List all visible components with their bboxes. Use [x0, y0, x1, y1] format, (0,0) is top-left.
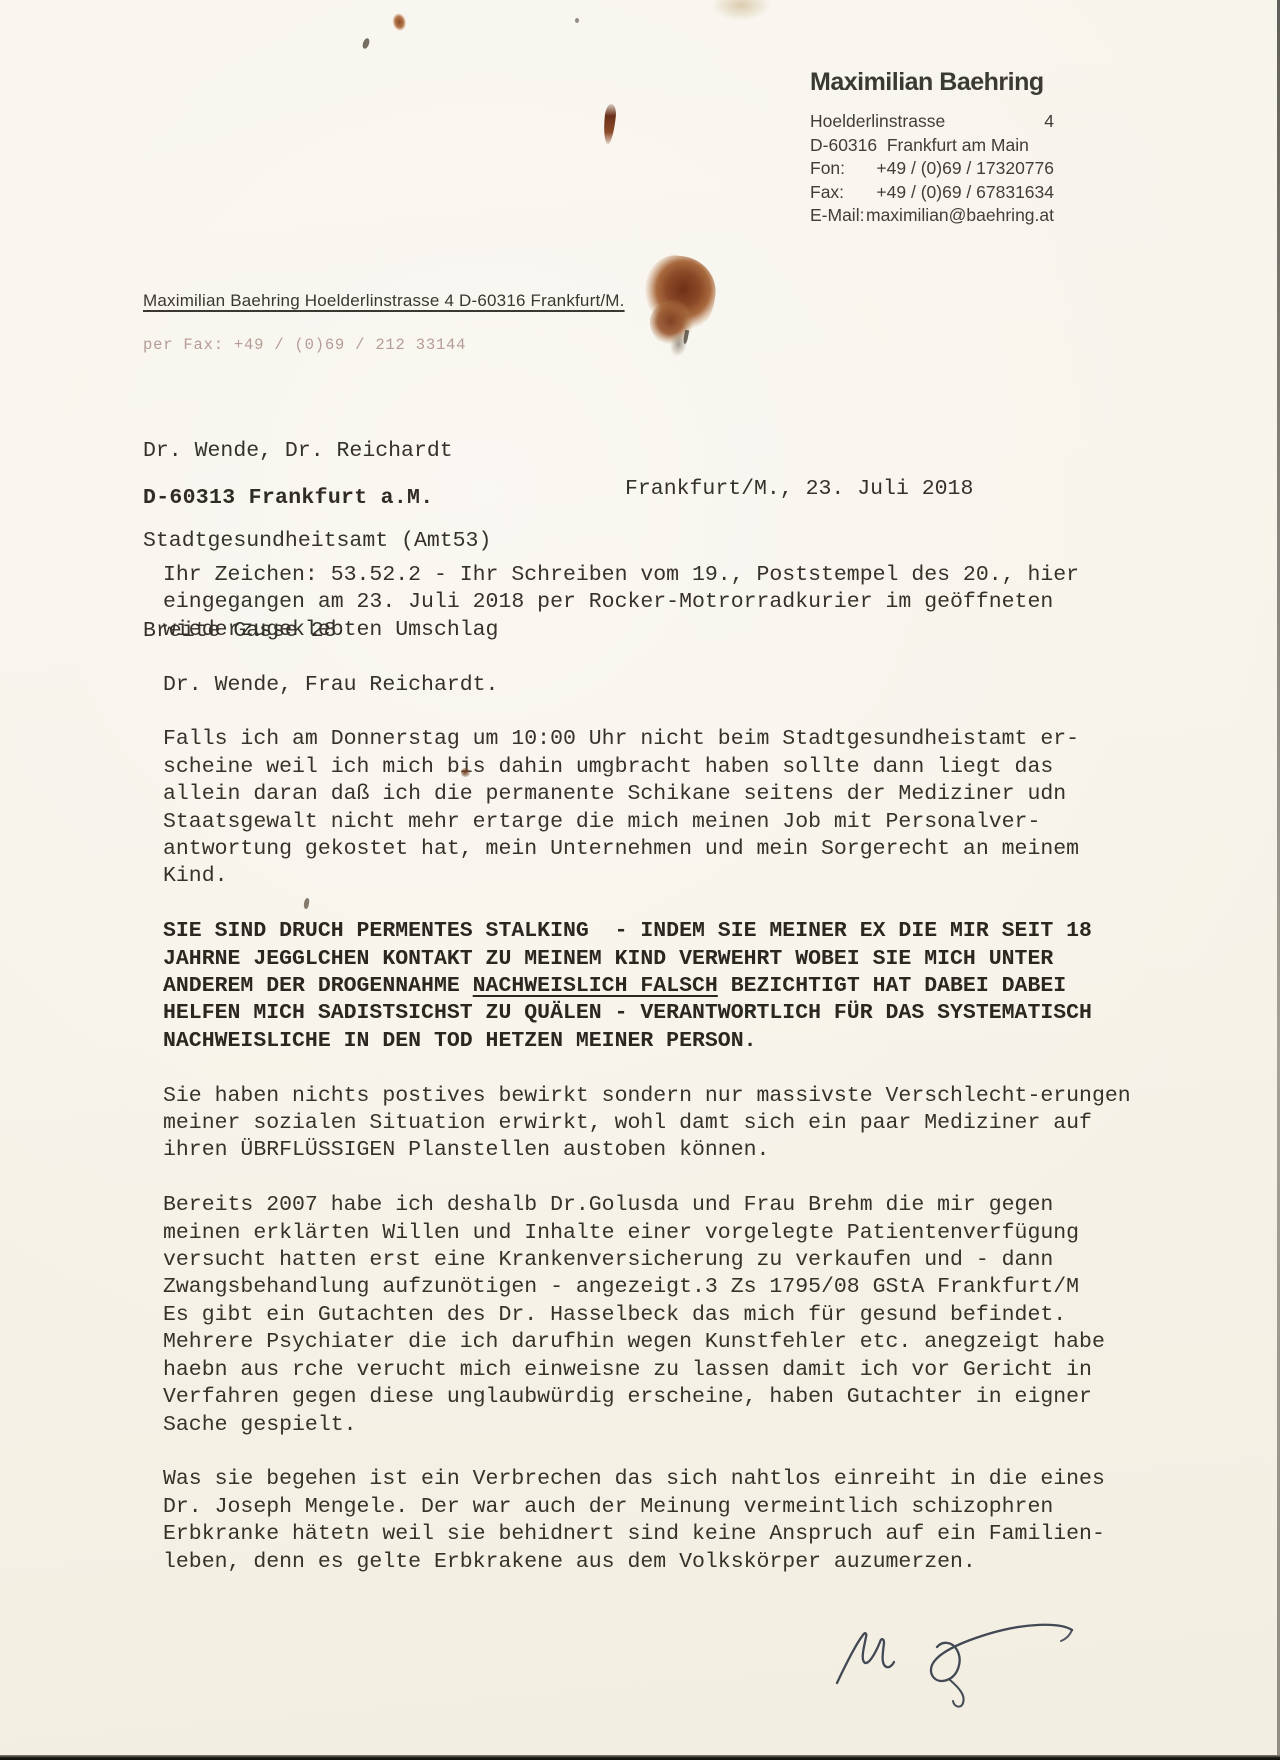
handwritten-signature [700, 1590, 1100, 1760]
sender-street-number: 4 [1044, 110, 1054, 134]
fon-label: Fon: [810, 157, 845, 181]
brown-ink-stain [639, 252, 719, 341]
letter-body: Ihr Zeichen: 53.52.2 - Ihr Schreiben vom… [163, 562, 1173, 1603]
fon-value: +49 / (0)69 / 17320776 [876, 157, 1054, 181]
salutation: Dr. Wende, Frau Reichardt. [163, 672, 1173, 699]
sender-fax-row: Fax: +49 / (0)69 / 67831634 [810, 181, 1054, 205]
email-label: E-Mail: [810, 204, 864, 228]
fax-transmission-note: per Fax: +49 / (0)69 / 212 33144 [143, 336, 466, 354]
sender-name: Maximilian Baehring [810, 68, 1054, 97]
brown-ink-stain-lower [646, 296, 699, 349]
fax-label: Fax: [810, 181, 844, 205]
sender-city: D-60316 Frankfurt am Main [810, 134, 1029, 158]
brown-speck [390, 12, 409, 35]
return-address-line: Maximilian Baehring Hoelderlinstrasse 4 … [143, 291, 625, 311]
email-value: maximilian@baehring.at [866, 204, 1054, 228]
gray-smudge [665, 330, 692, 364]
reference-paragraph: Ihr Zeichen: 53.52.2 - Ihr Schreiben vom… [163, 562, 1173, 644]
paragraph-positives: Sie haben nichts postives bewirkt sonder… [163, 1083, 1173, 1165]
paragraph-2007: Bereits 2007 habe ich deshalb Dr.Golusda… [163, 1192, 1173, 1439]
recipient-line-1: Dr. Wende, Dr. Reichardt [143, 436, 491, 466]
sender-email-row: E-Mail: maximilian@baehring.at [810, 204, 1054, 228]
sender-city-row: D-60316 Frankfurt am Main [810, 134, 1054, 158]
small-dark-mark [683, 330, 689, 344]
tiny-dot [575, 18, 579, 23]
sender-street: Hoelderlinstrasse [810, 110, 945, 134]
paragraph-falls: Falls ich am Donnerstag um 10:00 Uhr nic… [163, 726, 1173, 890]
paragraph-mengele: Was sie begehen ist ein Verbrechen das s… [163, 1466, 1173, 1576]
scanned-letter-page: Maximilian Baehring Hoelderlinstrasse 4 … [0, 0, 1280, 1760]
dark-speck [361, 37, 370, 49]
paragraph-stalking-bold: SIE SIND DRUCH PERMENTES STALKING - INDE… [163, 918, 1173, 1055]
sender-fon-row: Fon: +49 / (0)69 / 17320776 [810, 157, 1054, 181]
date-line: Frankfurt/M., 23. Juli 2018 [625, 477, 973, 501]
stalking-underlined-text: NACHWEISLICH FALSCH [473, 974, 718, 998]
brown-streak [602, 104, 617, 145]
faint-corner-stain [712, 0, 770, 26]
fax-value: +49 / (0)69 / 67831634 [876, 181, 1054, 205]
letterhead: Maximilian Baehring Hoelderlinstrasse 4 … [810, 68, 1054, 228]
sender-street-row: Hoelderlinstrasse 4 [810, 110, 1054, 134]
recipient-city-bold: D-60313 Frankfurt a.M. [143, 486, 433, 510]
recipient-line-2: Stadtgesundheitsamt (Amt53) [143, 526, 491, 556]
